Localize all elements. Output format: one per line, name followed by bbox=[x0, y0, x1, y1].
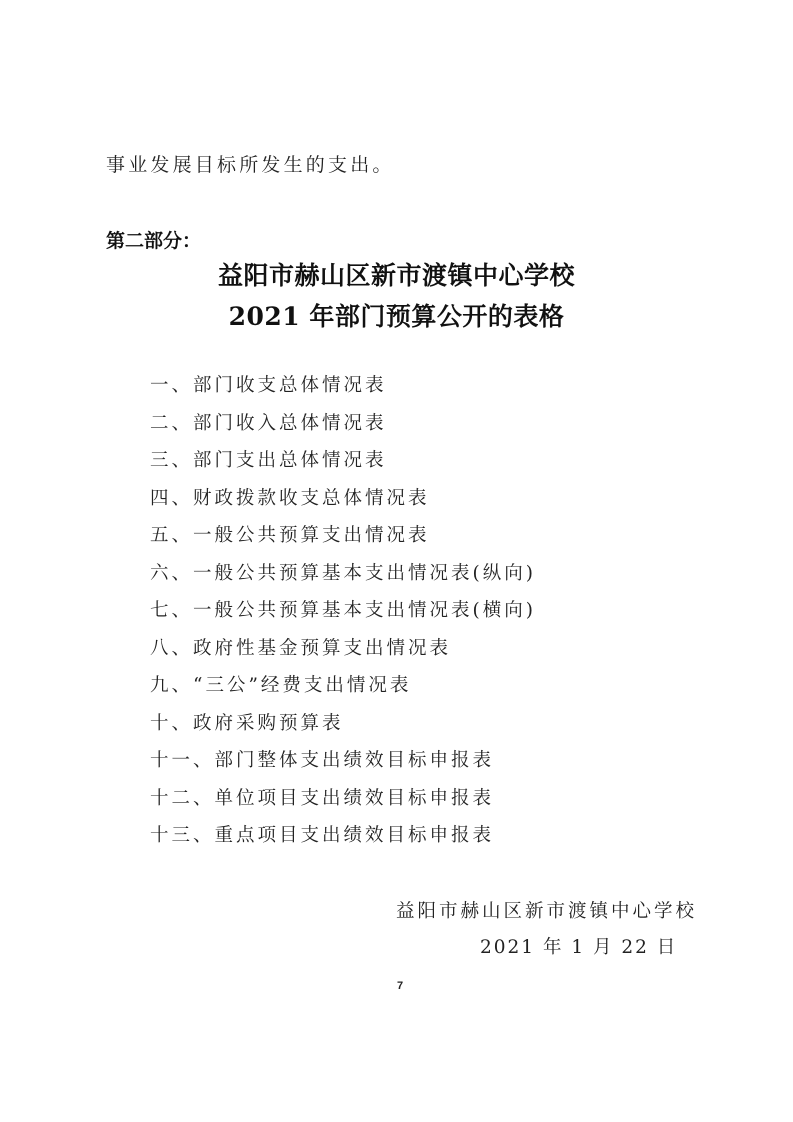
toc-item: 八、政府性基金预算支出情况表 bbox=[150, 635, 536, 673]
toc-item: 十三、重点项目支出绩效目标申报表 bbox=[150, 822, 536, 860]
toc-item: 七、一般公共预算基本支出情况表(横向) bbox=[150, 597, 536, 635]
document-title-line2: 2021 年部门预算公开的表格 bbox=[0, 297, 793, 333]
toc-item: 五、一般公共预算支出情况表 bbox=[150, 522, 536, 560]
toc-item: 六、一般公共预算基本支出情况表(纵向) bbox=[150, 560, 536, 598]
toc-item: 十一、部门整体支出绩效目标申报表 bbox=[150, 747, 536, 785]
signature-organization: 益阳市赫山区新市渡镇中心学校 bbox=[396, 897, 697, 923]
toc-item: 一、部门收支总体情况表 bbox=[150, 372, 536, 410]
section-heading: 第二部分： bbox=[106, 226, 201, 253]
toc-item: 十、政府采购预算表 bbox=[150, 710, 536, 748]
toc-item: 四、财政拨款收支总体情况表 bbox=[150, 485, 536, 523]
table-of-contents: 一、部门收支总体情况表 二、部门收入总体情况表 三、部门支出总体情况表 四、财政… bbox=[150, 372, 536, 860]
toc-item: 九、“三公”经费支出情况表 bbox=[150, 672, 536, 710]
toc-item: 二、部门收入总体情况表 bbox=[150, 410, 536, 448]
toc-item: 三、部门支出总体情况表 bbox=[150, 447, 536, 485]
signature-date: 2021 年 1 月 22 日 bbox=[480, 933, 677, 959]
page-number: 7 bbox=[397, 980, 403, 992]
document-title-line1: 益阳市赫山区新市渡镇中心学校 bbox=[0, 256, 793, 292]
continuation-text: 事业发展目标所发生的支出。 bbox=[106, 150, 395, 177]
toc-item: 十二、单位项目支出绩效目标申报表 bbox=[150, 785, 536, 823]
